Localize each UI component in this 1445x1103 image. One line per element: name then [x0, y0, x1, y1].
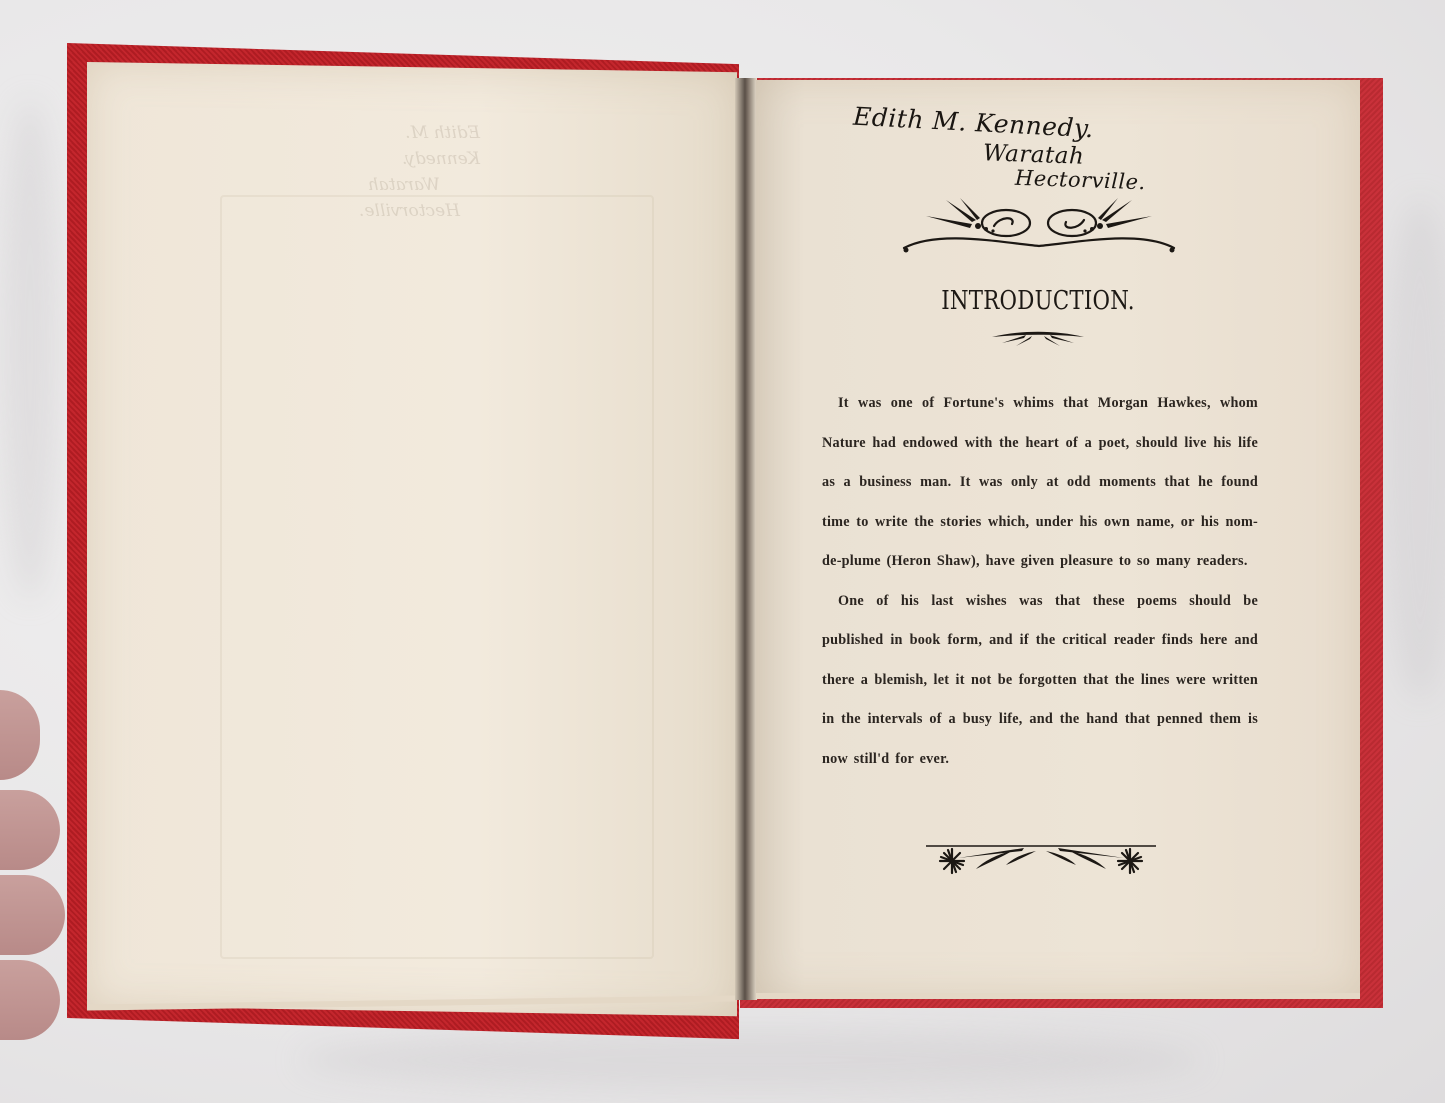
- page-title: INTRODUCTION.: [925, 286, 1151, 316]
- introduction-text: It was one of Fortune's whims that Morga…: [822, 384, 1258, 779]
- paragraph: It was one of Fortune's whims that Morga…: [822, 384, 1258, 582]
- finger: [0, 960, 60, 1040]
- right-page-edge: [756, 993, 1360, 999]
- finger: [0, 790, 60, 870]
- book-gutter: [735, 78, 757, 1000]
- sheet-fold: [0, 100, 60, 600]
- sheet-fold: [1380, 200, 1445, 700]
- show-through-handwriting: Edith M. Kennedy. Waratah Hectorville.: [330, 120, 480, 200]
- hand: [0, 690, 70, 1040]
- show-through-frame: [220, 195, 654, 959]
- sheet-fold: [300, 1030, 1200, 1090]
- finger: [0, 875, 65, 955]
- daisy-rule-ornament: [924, 843, 1158, 879]
- scroll-flourish-ornament: [898, 190, 1180, 255]
- finger: [0, 690, 40, 780]
- inscription-place: Waratah: [983, 140, 1085, 170]
- leaf-flourish-ornament: [990, 330, 1086, 348]
- paragraph: One of his last wishes was that these po…: [822, 582, 1258, 780]
